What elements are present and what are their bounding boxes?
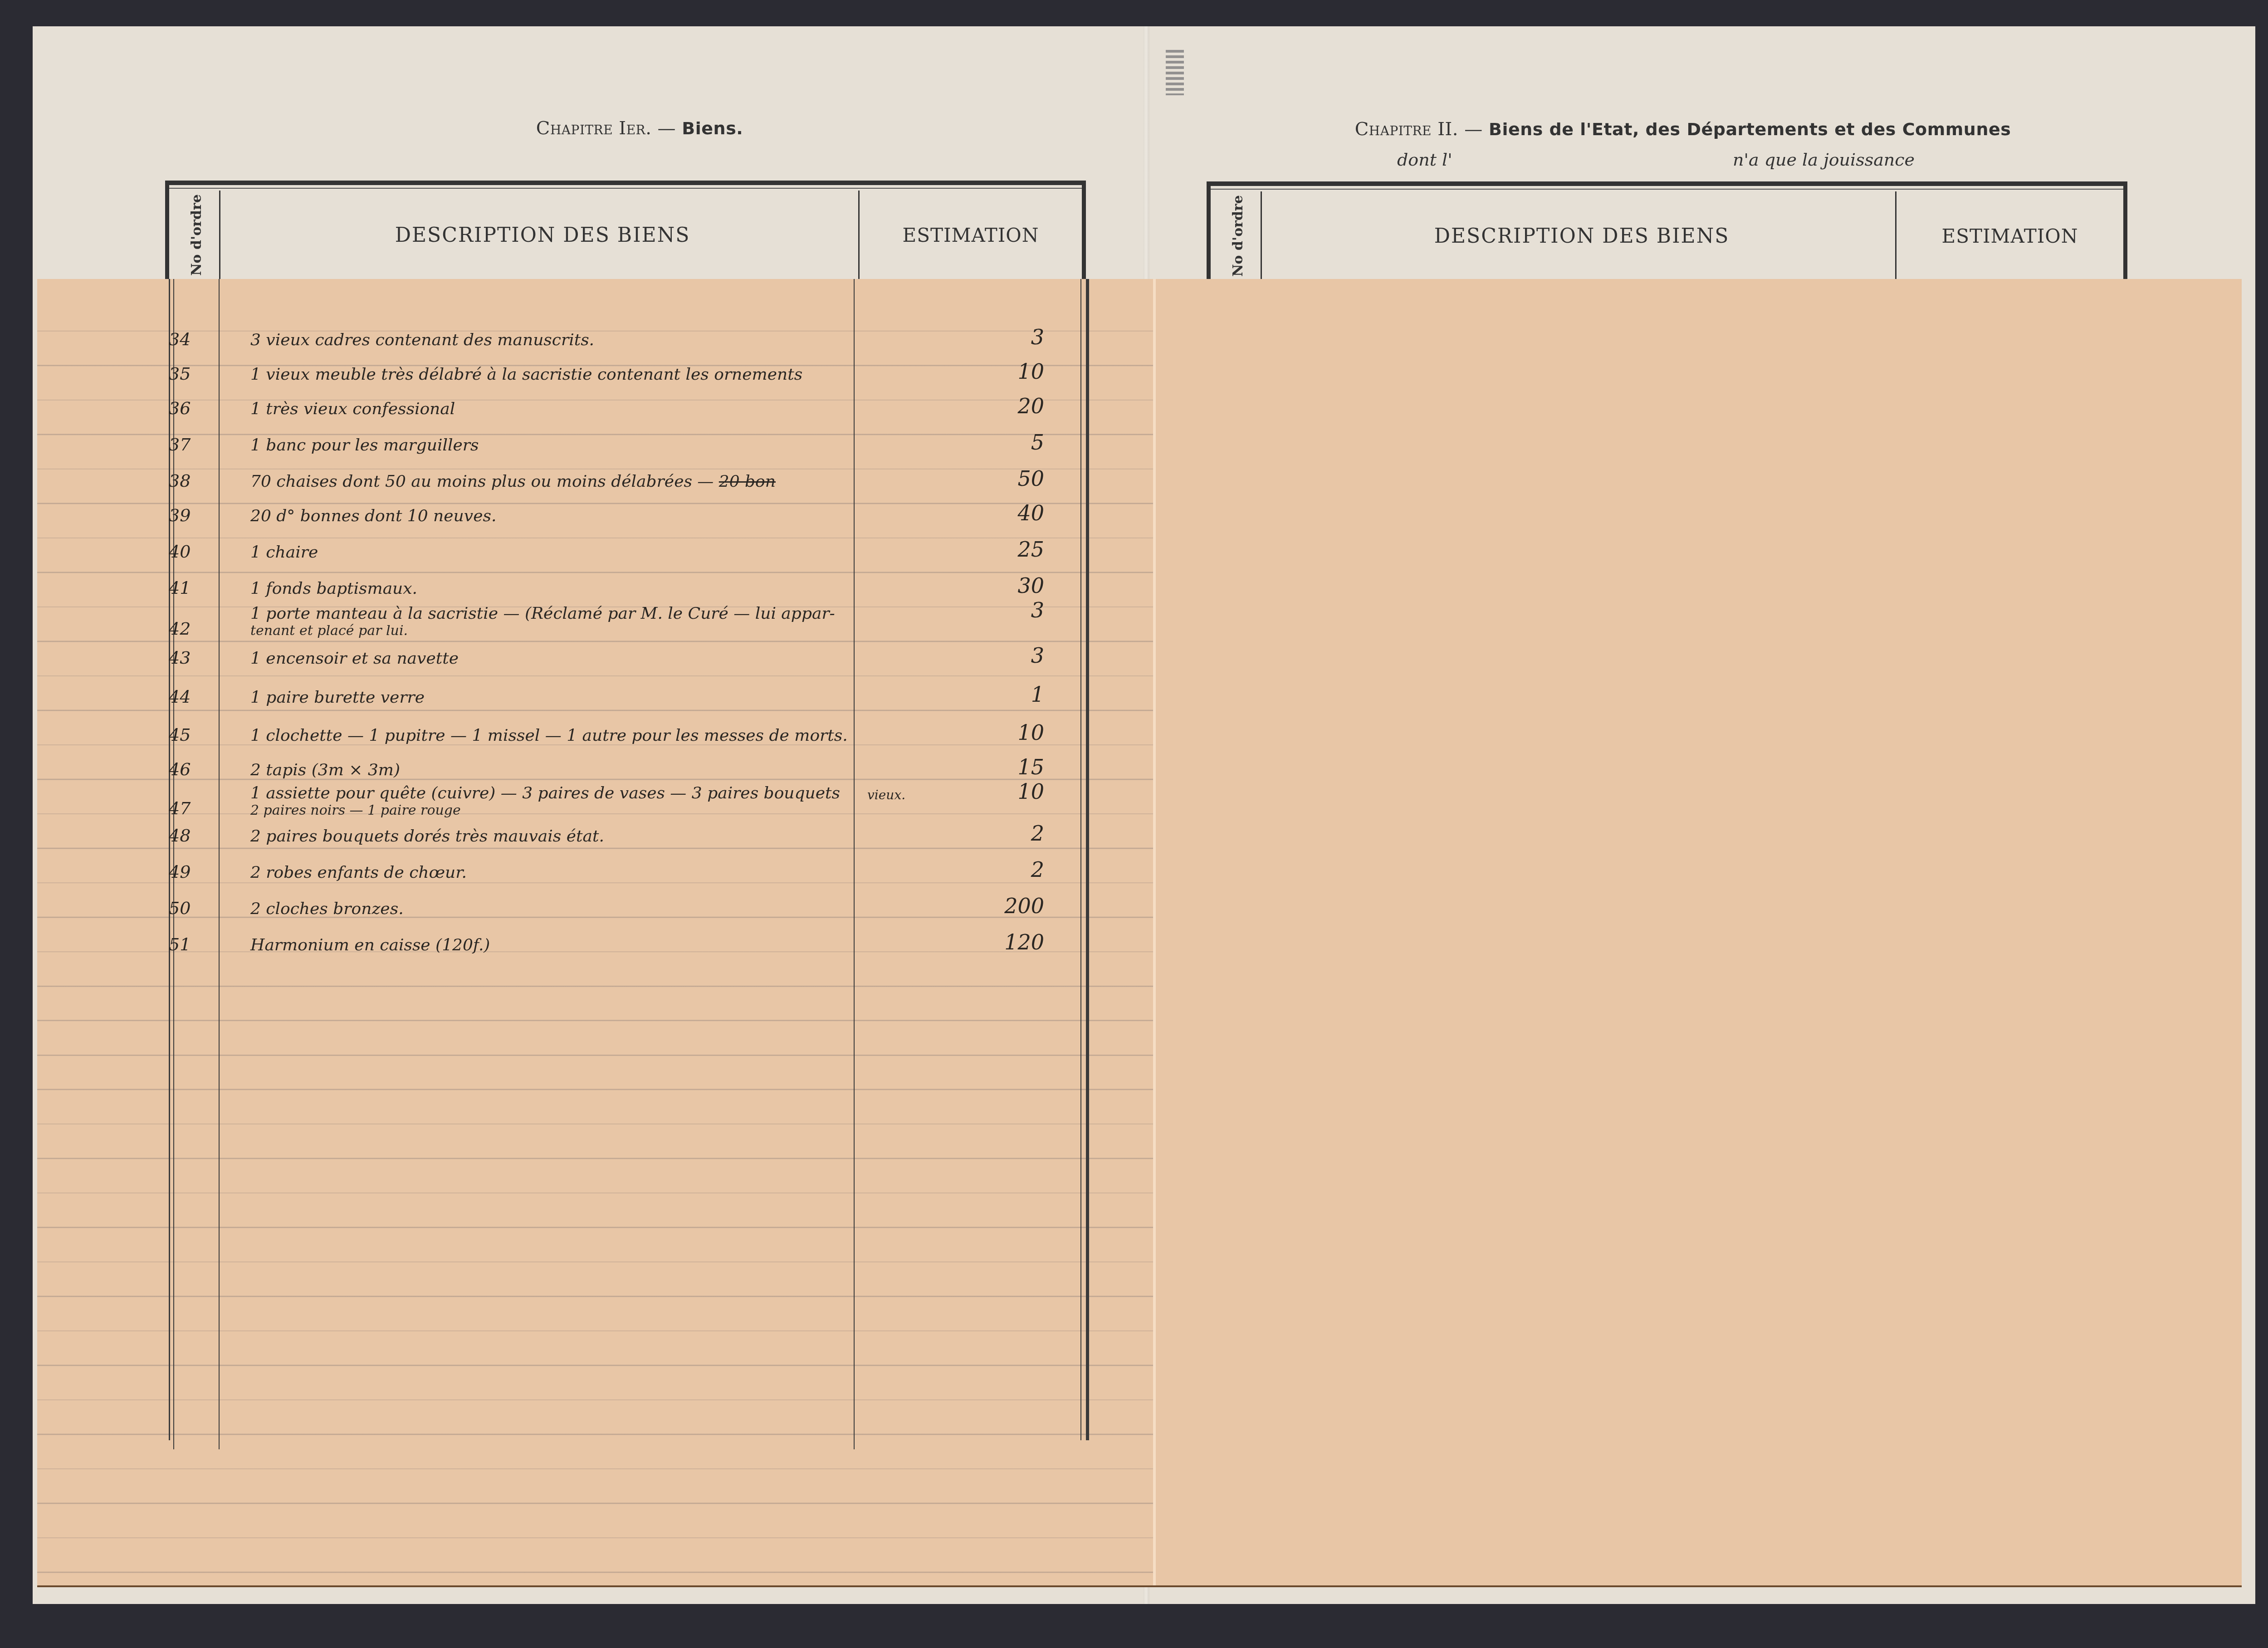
left-col-description-header: DESCRIPTION DES BIENS bbox=[220, 191, 865, 279]
right-chapter-prefix: Chapitre II. bbox=[1355, 119, 1458, 140]
right-subtitle-right: n'a que la jouissance bbox=[1733, 150, 1915, 170]
entry-44: 441 paire burette verre1 bbox=[169, 668, 1212, 707]
entry-45: 451 clochette — 1 pupitre — 1 missel — 1… bbox=[169, 707, 1212, 745]
struck-text: 20 bon bbox=[719, 472, 776, 491]
entry-46: 462 tapis (3m × 3m)15 bbox=[169, 745, 1212, 779]
entry-38: 3870 chaises dont 50 au moins plus ou mo… bbox=[169, 455, 1212, 491]
right-table-header: No d'ordre DESCRIPTION DES BIENS ESTIMAT… bbox=[1207, 181, 2127, 280]
entry-37: 371 banc pour les marguillers5 bbox=[169, 418, 1212, 455]
entry-34: 343 vieux cadres contenant des manuscrit… bbox=[169, 297, 1212, 349]
inventory-entries: 343 vieux cadres contenant des manuscrit… bbox=[169, 297, 1212, 954]
right-chapter-name: Biens de l'Etat, des Départements et des… bbox=[1489, 119, 2011, 139]
right-col-estimation-header: ESTIMATION bbox=[1895, 191, 2123, 280]
entry-42: 421 porte manteau à la sacristie — (Récl… bbox=[169, 598, 1212, 639]
entry-50: 502 cloches bronzes.200 bbox=[169, 882, 1212, 918]
ink-stamp-mark bbox=[1166, 50, 1184, 95]
right-chapter-title: Chapitre II. — Biens de l'Etat, des Dépa… bbox=[1207, 119, 2159, 140]
left-chapter-prefix: Chapitre Ier. bbox=[536, 118, 652, 139]
left-col-ordre-header: No d'ordre bbox=[174, 191, 220, 279]
right-col-ordre-header: No d'ordre bbox=[1215, 191, 1262, 280]
entry-39: 3920 d° bonnes dont 10 neuves.40 bbox=[169, 491, 1212, 525]
entry-48: 482 paires bouquets dorés très mauvais é… bbox=[169, 818, 1212, 846]
right-col-description-header: DESCRIPTION DES BIENS bbox=[1262, 191, 1901, 280]
entry-47-note: vieux. bbox=[867, 787, 905, 802]
entry-40: 401 chaire25 bbox=[169, 525, 1212, 562]
entry-36: 361 très vieux confessional20 bbox=[169, 384, 1212, 418]
left-col-estimation-header: ESTIMATION bbox=[858, 191, 1082, 279]
handwritten-inventory-sheet: 343 vieux cadres contenant des manuscrit… bbox=[37, 279, 2242, 1585]
entry-47: 471 assiette pour quête (cuivre) — 3 pai… bbox=[169, 779, 1212, 818]
left-table-header: No d'ordre DESCRIPTION DES BIENS ESTIMAT… bbox=[165, 181, 1086, 279]
entry-43: 431 encensoir et sa navette3 bbox=[169, 639, 1212, 668]
entry-49: 492 robes enfants de chœur.2 bbox=[169, 846, 1212, 882]
left-chapter-title: Chapitre Ier. — Biens. bbox=[163, 118, 1116, 139]
left-chapter-name: Biens. bbox=[682, 118, 743, 138]
entry-51: 51Harmonium en caisse (120f.)120 bbox=[169, 918, 1212, 954]
entry-35: 351 vieux meuble très délabré à la sacri… bbox=[169, 349, 1212, 384]
right-subtitle-left: dont l' bbox=[1397, 150, 1452, 170]
entry-41: 411 fonds baptismaux.30 bbox=[169, 562, 1212, 598]
